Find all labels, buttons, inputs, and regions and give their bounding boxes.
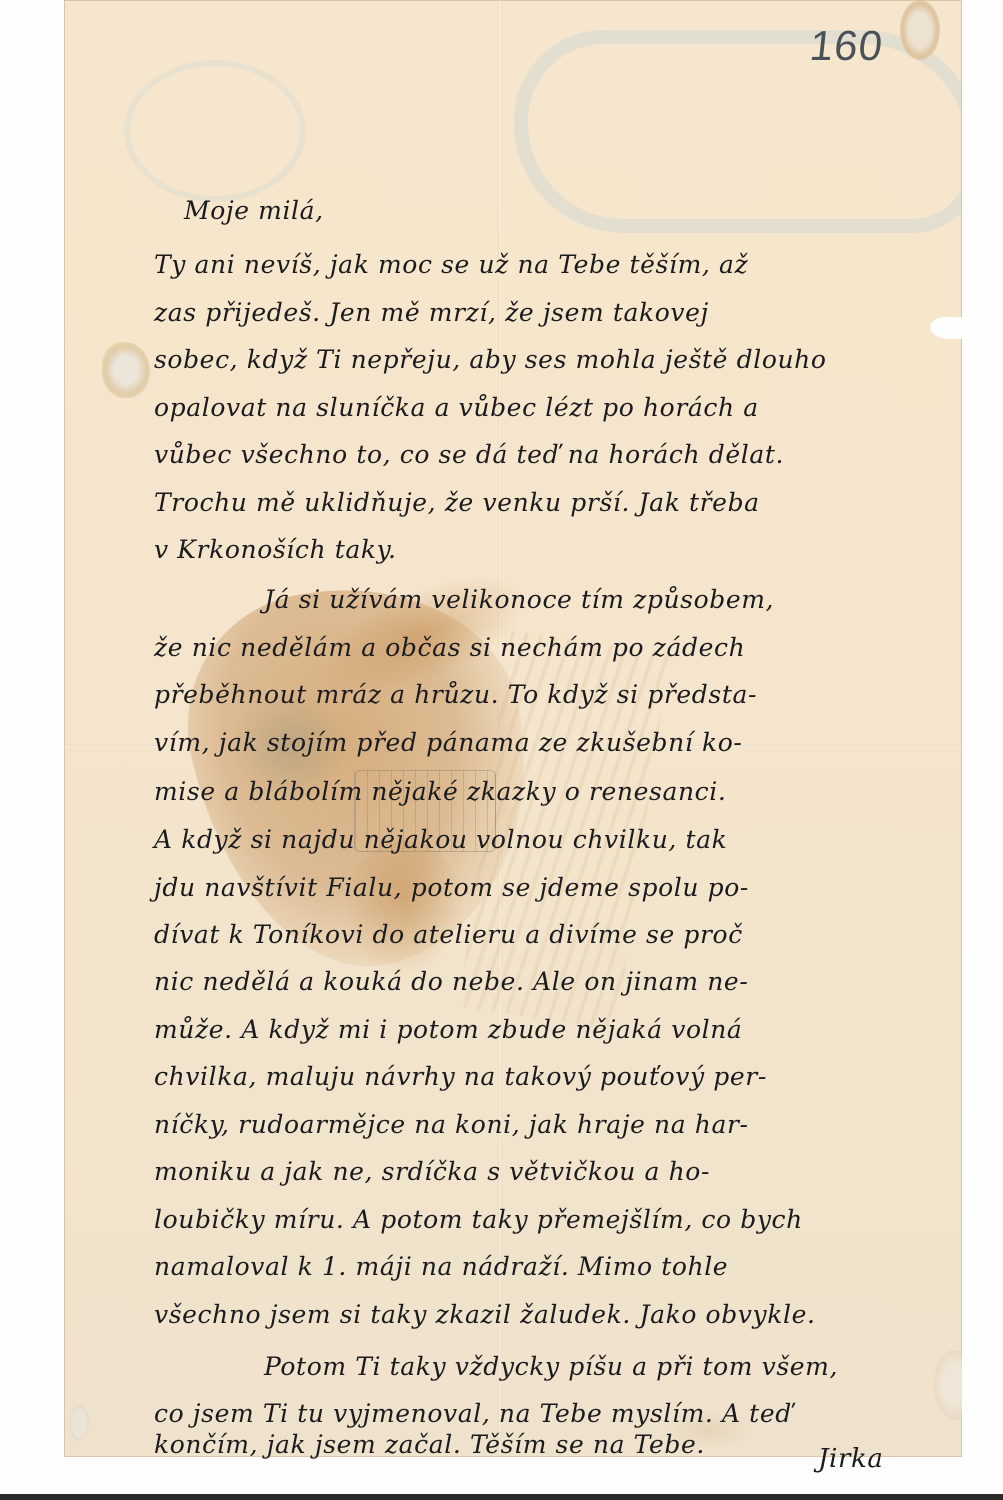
letter-line: v Krkonoších taky.: [154, 535, 397, 564]
letter-line: přeběhnout mráz a hrůzu. To když si před…: [154, 680, 757, 709]
letter-line: níčky, rudoarmějce na koni, jak hraje na…: [154, 1110, 749, 1139]
letter-paper: 160 E Moje milá, Ty ani nevíš, jak moc s…: [64, 0, 962, 1457]
letter-line: co jsem Ti tu vyjmenoval, na Tebe myslím…: [154, 1399, 792, 1428]
letter-line: dívat k Toníkovi do atelieru a divíme se…: [154, 920, 743, 949]
salutation: Moje milá,: [184, 196, 324, 225]
letter-line: Ty ani nevíš, jak moc se už na Tebe těší…: [154, 250, 748, 279]
letter-line: namaloval k 1. máji na nádraží. Mimo toh…: [154, 1252, 728, 1281]
tape-residue-left: [102, 342, 150, 398]
letter-line: že nic nedělám a občas si nechám po záde…: [154, 633, 745, 662]
show-through-letterhead-cloud: [514, 30, 962, 233]
letter-line: opalovat na sluníčka a vůbec lézt po hor…: [154, 393, 759, 422]
letter-line: vůbec všechno to, co se dá teď na horách…: [154, 440, 784, 469]
show-through-letterhead-ornament: [124, 60, 306, 202]
letter-line: nic nedělá a kouká do nebe. Ale on jinam…: [154, 967, 748, 996]
letter-line: Já si užívám velikonoce tím způsobem,: [264, 585, 774, 614]
paper-tear: [930, 317, 966, 339]
scanner-edge-strip: [0, 1494, 1003, 1500]
letter-line: moniku a jak ne, srdíčka s větvičkou a h…: [154, 1157, 710, 1186]
letter-line: chvilka, maluju návrhy na takový pouťový…: [154, 1062, 767, 1091]
signature: Jirka: [818, 1444, 883, 1474]
tape-residue-top-right: [900, 0, 940, 60]
letter-line: mise a blábolím nějaké zkazky o renesanc…: [154, 777, 726, 806]
archive-number: 160: [807, 22, 885, 70]
letter-line: sobec, když Ti nepřeju, aby ses mohla je…: [154, 345, 827, 374]
letter-line: může. A když mi i potom zbude nějaká vol…: [154, 1015, 742, 1044]
coffee-stain-tail: [344, 840, 464, 980]
letter-line: Trochu mě uklidňuje, že venku prší. Jak …: [154, 488, 760, 517]
letter-line: zas přijedeš. Jen mě mrzí, že jsem takov…: [154, 298, 709, 327]
scan-canvas: 160 E Moje milá, Ty ani nevíš, jak moc s…: [0, 0, 1003, 1500]
letter-line: loubičky míru. A potom taky přemejšlím, …: [154, 1205, 803, 1234]
letter-line: Potom Ti taky vždycky píšu a při tom vše…: [264, 1352, 838, 1381]
letter-line: vím, jak stojím před pánama ze zkušební …: [154, 728, 742, 757]
tape-residue-bottom-right: [934, 1350, 962, 1420]
tape-residue-bottom-left: [69, 1405, 89, 1441]
letter-line: končím, jak jsem začal. Těším se na Tebe…: [154, 1430, 705, 1459]
letter-line: jdu navštívit Fialu, potom se jdeme spol…: [154, 873, 749, 902]
letter-line: všechno jsem si taky zkazil žaludek. Jak…: [154, 1300, 816, 1329]
letter-line: A když si najdu nějakou volnou chvilku, …: [154, 825, 727, 854]
